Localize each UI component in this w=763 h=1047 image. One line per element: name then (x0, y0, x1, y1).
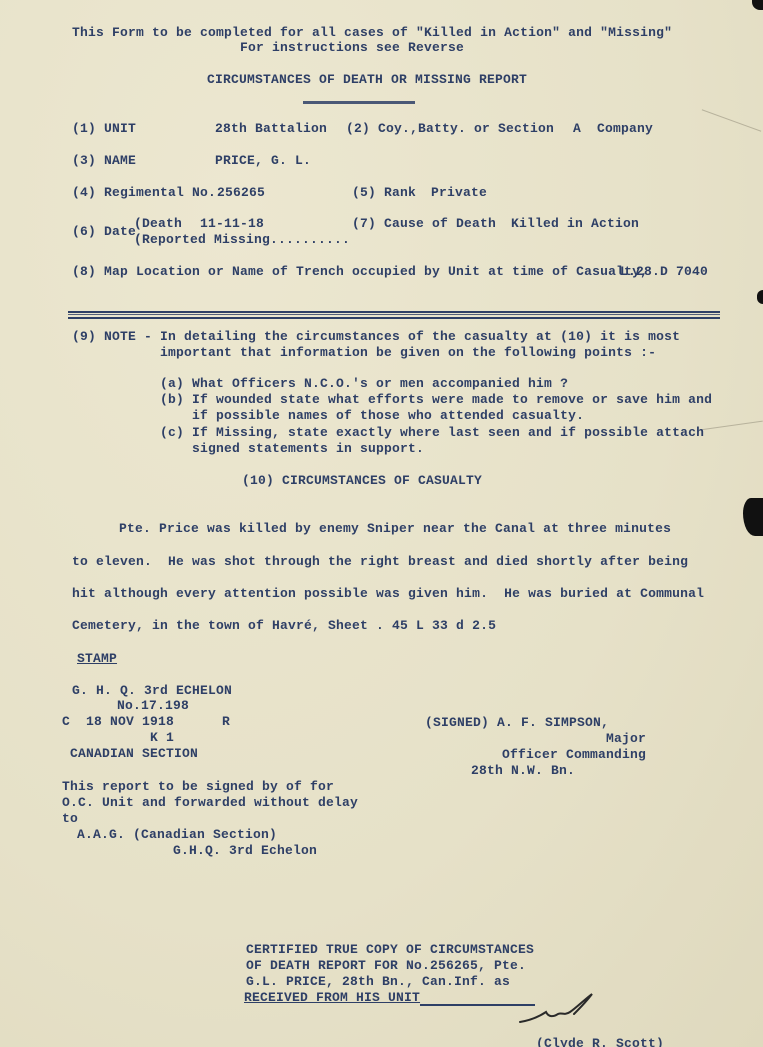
cause-label: (7) Cause of Death (352, 216, 496, 232)
handwritten-signature-icon (518, 992, 598, 1026)
note-label: (9) NOTE - (72, 329, 152, 345)
certifier-name: (Clyde R. Scott) (536, 1036, 664, 1047)
death-label: (Death (134, 216, 182, 232)
stamp-label: STAMP (77, 651, 117, 667)
note-point-a: (a) What Officers N.C.O.'s or men accomp… (160, 376, 568, 392)
form-instruction-reverse: For instructions see Reverse (240, 40, 464, 56)
name-label: (3) NAME (72, 153, 136, 169)
paper-crack (702, 109, 762, 131)
map-location-value: L.28.D 7040 (620, 264, 708, 280)
note-point-c-cont: signed statements in support. (160, 441, 424, 457)
cause-value: Killed in Action (511, 216, 639, 232)
form-title: CIRCUMSTANCES OF DEATH OR MISSING REPORT (207, 72, 527, 88)
paper-tear (752, 0, 763, 10)
paper-tear (757, 290, 763, 304)
circumstances-line: to eleven. He was shot through the right… (72, 554, 688, 570)
date-label: (6) Date (72, 224, 136, 240)
routing-line: O.C. Unit and forwarded without delay (62, 795, 358, 811)
stamp-line: CANADIAN SECTION (70, 746, 198, 762)
note-line: In detailing the circumstances of the ca… (160, 329, 680, 345)
company-label: (2) Coy.,Batty. or Section (346, 121, 554, 137)
signed-by: (SIGNED) A. F. SIMPSON, (425, 715, 609, 731)
signer-title: Officer Commanding (502, 747, 646, 763)
section-divider (68, 311, 720, 319)
circumstances-line: Cemetery, in the town of Havré, Sheet . … (72, 618, 496, 634)
routing-line: A.A.G. (Canadian Section) (77, 827, 277, 843)
map-location-label: (8) Map Location or Name of Trench occup… (72, 264, 648, 280)
paper-crack (700, 421, 763, 431)
form-instruction: This Form to be completed for all cases … (72, 25, 672, 41)
certification-line: RECEIVED FROM HIS UNIT (244, 990, 420, 1006)
reported-missing-label: (Reported Missing.......... (134, 232, 350, 248)
circumstances-line: Pte. Price was killed by enemy Sniper ne… (119, 521, 671, 537)
regimental-value: 256265 (217, 185, 265, 201)
unit-label: (1) UNIT (72, 121, 136, 137)
stamp-line: G. H. Q. 3rd ECHELON (72, 683, 232, 699)
circumstances-heading: (10) CIRCUMSTANCES OF CASUALTY (242, 473, 482, 489)
certification-line: OF DEATH REPORT FOR No.256265, Pte. (246, 958, 526, 974)
name-value: PRICE, G. L. (215, 153, 311, 169)
unit-value: 28th Battalion (215, 121, 327, 137)
stamp-line: K 1 (150, 730, 174, 746)
stamp-line: No.17.198 (117, 698, 189, 714)
signer-unit: 28th N.W. Bn. (471, 763, 575, 779)
routing-line: to (62, 811, 78, 827)
certification-line: G.L. PRICE, 28th Bn., Can.Inf. as (246, 974, 510, 990)
note-point-b: (b) If wounded state what efforts were m… (160, 392, 712, 408)
routing-line: G.H.Q. 3rd Echelon (173, 843, 317, 859)
note-line: important that information be given on t… (160, 345, 656, 361)
regimental-label: (4) Regimental No. (72, 185, 216, 201)
certification-line: CERTIFIED TRUE COPY OF CIRCUMSTANCES (246, 942, 534, 958)
stamp-line: C 18 NOV 1918 R (62, 714, 230, 730)
company-value: A Company (573, 121, 653, 137)
circumstances-line: hit although every attention possible wa… (72, 586, 704, 602)
paper-tear (743, 498, 763, 536)
routing-line: This report to be signed by of for (62, 779, 334, 795)
note-point-c: (c) If Missing, state exactly where last… (160, 425, 704, 441)
note-point-b-cont: if possible names of those who attended … (160, 408, 584, 424)
rank-label: (5) Rank (352, 185, 416, 201)
death-date-value: 11-11-18 (200, 216, 264, 232)
title-underline (303, 101, 415, 104)
signer-rank: Major (606, 731, 646, 747)
rank-value: Private (431, 185, 487, 201)
